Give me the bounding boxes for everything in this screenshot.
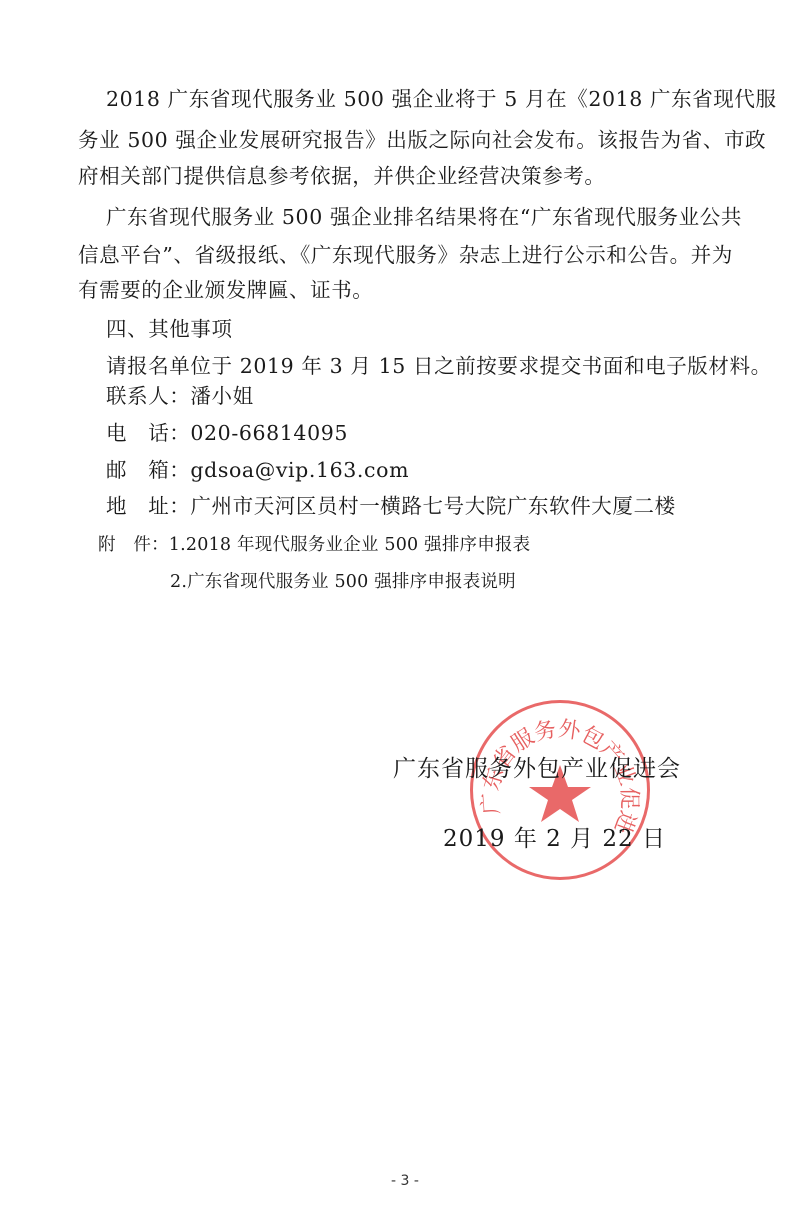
section-heading: 四、其他事项 bbox=[106, 319, 233, 340]
paragraph-1-line-2: 务业 500 强企业发展研究报告》出版之际向社会发布。该报告为省、市政 bbox=[78, 130, 766, 151]
official-seal-stamp: 广东省服务外包产业促进会 bbox=[470, 700, 650, 880]
paragraph-1-line-3: 府相关部门提供信息参考依据，并供企业经营决策参考。 bbox=[78, 166, 606, 187]
contact-address: 地 址：广州市天河区员村一横路七号大院广东软件大厦二楼 bbox=[106, 496, 676, 517]
contact-phone: 电 话：020-66814095 bbox=[106, 423, 348, 444]
paragraph-1-line-1: 2018 广东省现代服务业 500 强企业将于 5 月在《2018 广东省现代服 bbox=[106, 89, 777, 110]
attachment-item-2: 2.广东省现代服务业 500 强排序申报表说明 bbox=[170, 574, 516, 592]
signature-date: 2019 年 2 月 22 日 bbox=[443, 828, 666, 851]
paragraph-2-line-3: 有需要的企业颁发牌匾、证书。 bbox=[78, 280, 373, 301]
deadline-text: 请报名单位于 2019 年 3 月 15 日之前按要求提交书面和电子版材料。 bbox=[106, 356, 772, 377]
signature-organization: 广东省服务外包产业促进会 bbox=[393, 758, 681, 781]
paragraph-2-line-1: 广东省现代服务业 500 强企业排名结果将在“广东省现代服务业公共 bbox=[106, 207, 742, 228]
page-number: - 3 - bbox=[0, 1173, 810, 1189]
paragraph-2-line-2: 信息平台”、省级报纸、《广东现代服务》杂志上进行公示和公告。并为 bbox=[78, 245, 733, 266]
contact-email: 邮 箱：gdsoa@vip.163.com bbox=[106, 460, 409, 481]
attachment-item-1: 附 件：1.2018 年现代服务业企业 500 强排序申报表 bbox=[98, 537, 530, 555]
document-page: 2018 广东省现代服务业 500 强企业将于 5 月在《2018 广东省现代服… bbox=[0, 0, 810, 1217]
contact-person: 联系人：潘小姐 bbox=[106, 386, 254, 407]
